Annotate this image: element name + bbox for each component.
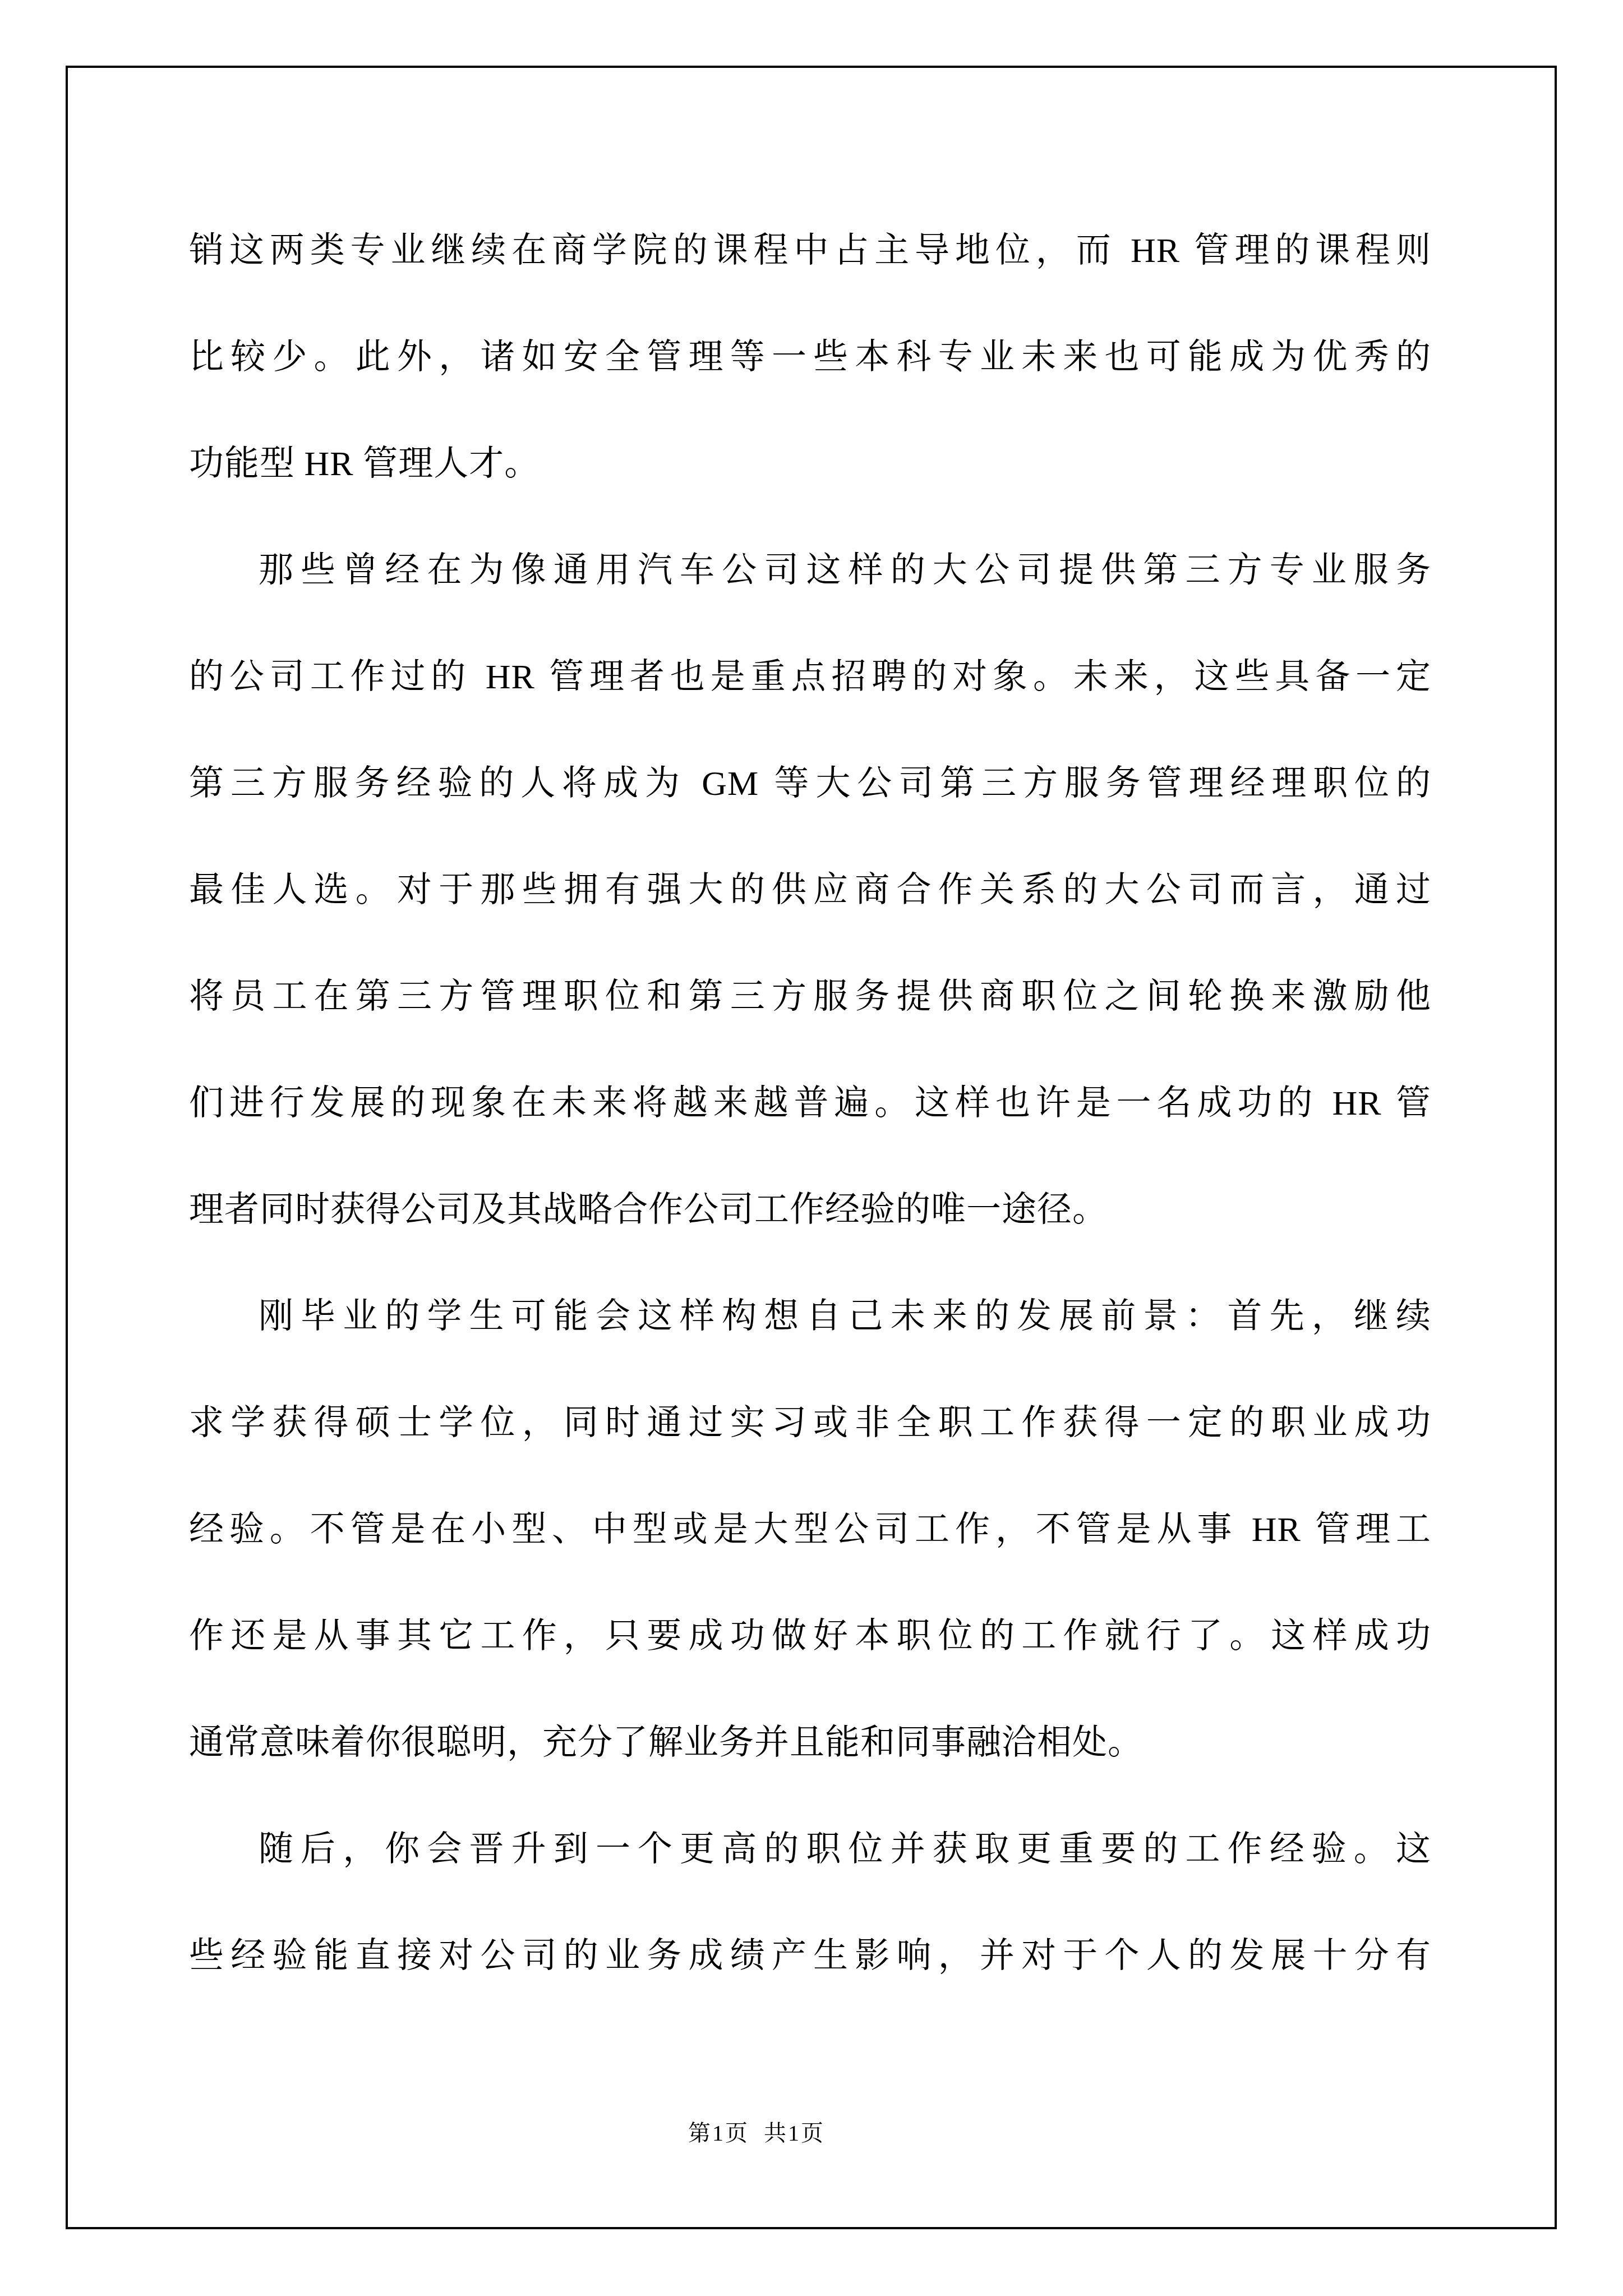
footer-page-count: 共1页 bbox=[764, 2120, 825, 2146]
paragraph: 刚毕业的学生可能会这样构想自己未来的发展前景：首先，继续 求学获得硕士学位，同时… bbox=[189, 1263, 1431, 1796]
page-footer: 第1页共1页 bbox=[688, 2118, 825, 2149]
text-line: 作还是从事其它工作，只要成功做好本职位的工作就行了。这样成功 bbox=[189, 1583, 1431, 1690]
text-line: 功能型 HR 管理人才。 bbox=[189, 411, 1431, 517]
footer-page-number: 第1页 bbox=[688, 2120, 749, 2146]
document-body: 销这两类专业继续在商学院的课程中占主导地位，而 HR 管理的课程则 比较少。此外… bbox=[189, 197, 1431, 2009]
text-line: 那些曾经在为像通用汽车公司这样的大公司提供第三方专业服务 bbox=[189, 517, 1431, 624]
text-line: 销这两类专业继续在商学院的课程中占主导地位，而 HR 管理的课程则 bbox=[189, 197, 1431, 304]
text-line: 的公司工作过的 HR 管理者也是重点招聘的对象。未来，这些具备一定 bbox=[189, 624, 1431, 730]
text-line: 些经验能直接对公司的业务成绩产生影响，并对于个人的发展十分有 bbox=[189, 1903, 1431, 2009]
text-line: 将员工在第三方管理职位和第三方服务提供商职位之间轮换来激励他 bbox=[189, 944, 1431, 1050]
text-line: 理者同时获得公司及其战略合作公司工作经验的唯一途径。 bbox=[189, 1157, 1431, 1263]
document-page: { "page": { "colors": { "background": "#… bbox=[0, 0, 1623, 2296]
paragraph: 那些曾经在为像通用汽车公司这样的大公司提供第三方专业服务 的公司工作过的 HR … bbox=[189, 517, 1431, 1263]
paragraph: 销这两类专业继续在商学院的课程中占主导地位，而 HR 管理的课程则 比较少。此外… bbox=[189, 197, 1431, 517]
text-line: 求学获得硕士学位，同时通过实习或非全职工作获得一定的职业成功 bbox=[189, 1370, 1431, 1476]
text-line: 比较少。此外，诸如安全管理等一些本科专业未来也可能成为优秀的 bbox=[189, 304, 1431, 411]
text-line: 们进行发展的现象在未来将越来越普遍。这样也许是一名成功的 HR 管 bbox=[189, 1050, 1431, 1157]
text-line: 随后，你会晋升到一个更高的职位并获取更重要的工作经验。这 bbox=[189, 1796, 1431, 1903]
text-line: 经验。不管是在小型、中型或是大型公司工作，不管是从事 HR 管理工 bbox=[189, 1476, 1431, 1583]
paragraph: 随后，你会晋升到一个更高的职位并获取更重要的工作经验。这 些经验能直接对公司的业… bbox=[189, 1796, 1431, 2009]
text-line: 最佳人选。对于那些拥有强大的供应商合作关系的大公司而言，通过 bbox=[189, 837, 1431, 944]
text-line: 刚毕业的学生可能会这样构想自己未来的发展前景：首先，继续 bbox=[189, 1263, 1431, 1370]
text-line: 通常意味着你很聪明，充分了解业务并且能和同事融洽相处。 bbox=[189, 1690, 1431, 1796]
text-line: 第三方服务经验的人将成为 GM 等大公司第三方服务管理经理职位的 bbox=[189, 730, 1431, 837]
